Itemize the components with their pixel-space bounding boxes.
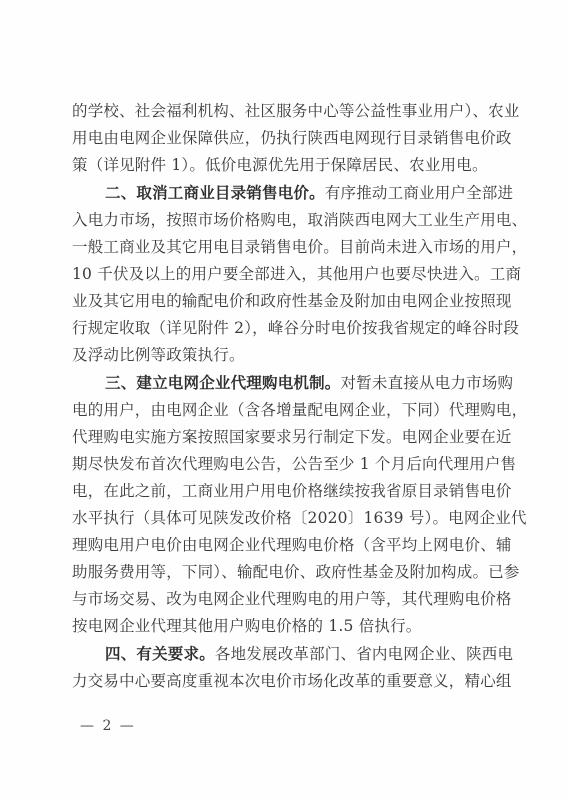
body-line: 电，在此之前，工商业用户用电价格继续按我省原目录销售电价 — [72, 481, 490, 501]
section-three-first-line: 三、建立电网企业代理购电机制。对暂未直接从电力市场购 — [105, 373, 490, 393]
body-line: 一般工商业及其它用电目录销售电价。目前尚未进入市场的用户， — [72, 237, 490, 257]
body-line: 力交易中心要高度重视本次电价市场化改革的重要意义，精心组 — [72, 671, 490, 691]
body-text: 有序推动工商业用户全部进 — [325, 184, 513, 202]
document-page: 的学校、社会福利机构、社区服务中心等公益性事业用户）、农业 用电由电网企业保障供… — [0, 0, 566, 800]
body-text: 各地发展改革部门、省内电网企业、陕西电 — [215, 645, 513, 663]
body-line: 水平执行（具体可见陕发改价格〔2020〕1639 号）。电网企业代 — [72, 508, 490, 528]
body-line: 期尽快发布首次代理购电公告，公告至少 1 个月后向代理用户售 — [72, 454, 490, 474]
section-heading-four: 四、有关要求。 — [105, 645, 215, 663]
body-line: 与市场交易、改为电网企业代理购电的用户等，其代理购电价格 — [72, 589, 490, 609]
section-heading-three: 三、建立电网企业代理购电机制。 — [105, 374, 341, 392]
body-line: 行规定收取（详见附件 2），峰谷分时电价按我省规定的峰谷时段 — [72, 318, 490, 338]
page-number: — 2 — — [80, 716, 136, 736]
body-line: 电的用户，由电网企业（含各增量配电网企业，下同）代理购电， — [72, 400, 490, 420]
body-line: 助服务费用等，下同）、输配电价、政府性基金及附加构成。已参 — [72, 562, 490, 582]
section-four-first-line: 四、有关要求。各地发展改革部门、省内电网企业、陕西电 — [105, 644, 490, 664]
body-line: 按电网企业代理其他用户购电价格的 1.5 倍执行。 — [72, 616, 490, 636]
body-line: 业及其它用电的输配电价和政府性基金及附加由电网企业按照现 — [72, 291, 490, 311]
body-line: 10 千伏及以上的用户要全部进入，其他用户也要尽快进入。工商 — [72, 264, 490, 284]
body-line: 入电力市场，按照市场价格购电，取消陕西电网大工业生产用电、 — [72, 210, 490, 230]
body-line: 理购电用户电价由电网企业代理购电价格（含平均上网电价、辅 — [72, 535, 490, 555]
body-line: 及浮动比例等政策执行。 — [72, 345, 490, 365]
body-line: 策（详见附件 1）。低价电源优先用于保障居民、农业用电。 — [72, 155, 490, 175]
body-line: 代理购电实施方案按照国家要求另行制定下发。电网企业要在近 — [72, 427, 490, 447]
section-two-first-line: 二、取消工商业目录销售电价。有序推动工商业用户全部进 — [105, 183, 490, 203]
body-text: 对暂未直接从电力市场购 — [341, 374, 514, 392]
body-line: 的学校、社会福利机构、社区服务中心等公益性事业用户）、农业 — [72, 101, 490, 121]
section-heading-two: 二、取消工商业目录销售电价。 — [105, 184, 325, 202]
body-line: 用电由电网企业保障供应，仍执行陕西电网现行目录销售电价政 — [72, 128, 490, 148]
